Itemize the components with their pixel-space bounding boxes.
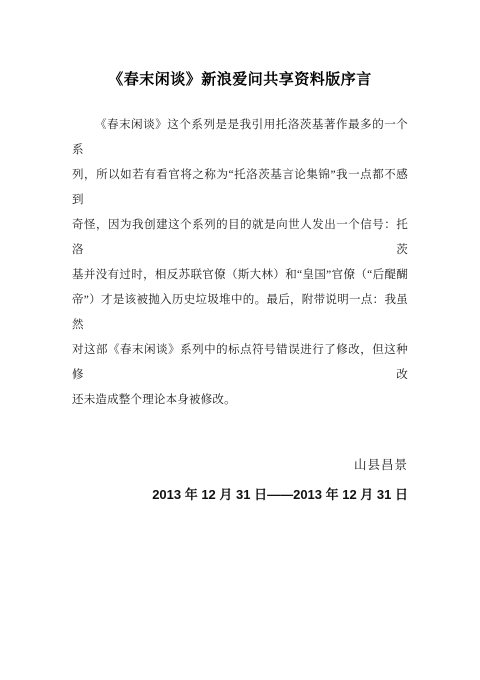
paragraph-line: 奇怪，因为我创建这个系列的目的就是向世人发出一个信号：托洛茨 [72,213,408,263]
paragraph-line: 《春末闲谈》这个系列是是我引用托洛茨基著作最多的一个系 [72,113,408,163]
author-signature: 山县昌景 [72,453,408,478]
paragraph-line: 列，所以如若有看官将之称为“托洛茨基言论集锦”我一点都不感到 [72,163,408,213]
paragraph-line: 基并没有过时，相反苏联官僚（斯大林）和“皇国”官僚（“后醍醐 [72,263,408,288]
preface-paragraph: 《春末闲谈》这个系列是是我引用托洛茨基著作最多的一个系 列，所以如若有看官将之称… [72,113,408,413]
paragraph-line: 帝”）才是该被抛入历史垃圾堆中的。最后，附带说明一点：我虽然 [72,288,408,338]
paragraph-line: 还未造成整个理论本身被修改。 [72,388,408,413]
document-page: 《春末闲谈》新浪爱问共享资料版序言 《春末闲谈》这个系列是是我引用托洛茨基著作最… [0,0,480,680]
document-title: 《春末闲谈》新浪爱问共享资料版序言 [72,10,408,92]
paragraph-line: 对这部《春末闲谈》系列中的标点符号错误进行了修改，但这种修改 [72,338,408,388]
date-range: 2013 年 12 月 31 日——2013 年 12 月 31 日 [72,482,408,507]
